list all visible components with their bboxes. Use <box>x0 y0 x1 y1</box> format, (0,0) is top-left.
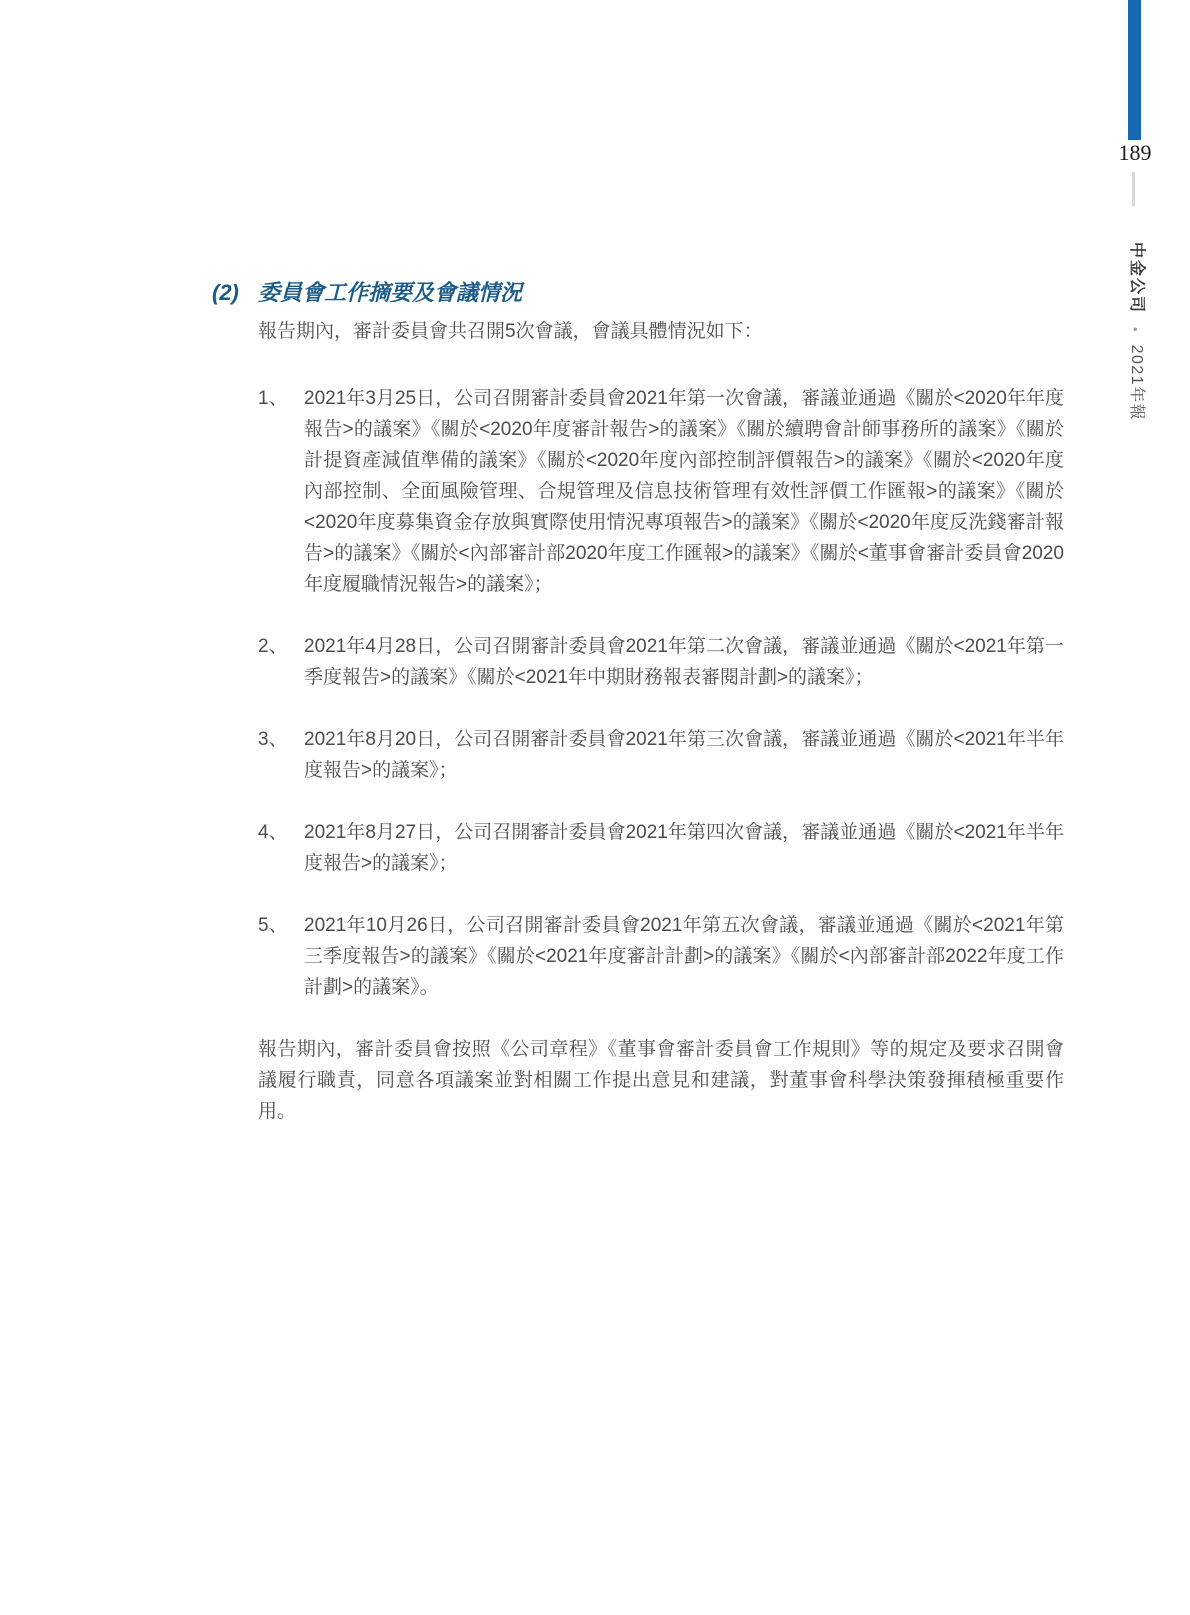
report-page: 189 中金公司 • 2021年報 (2) 委員會工作摘要及會議情況 報告期內，… <box>0 0 1190 1615</box>
meeting-item-4-marker: 4、 <box>258 817 304 879</box>
meeting-item-2-marker: 2、 <box>258 631 304 693</box>
meeting-item-4: 4、 2021年8月27日，公司召開審計委員會2021年第四次會議，審議並通過《… <box>258 817 1064 879</box>
meeting-item-5-text: 2021年10月26日，公司召開審計委員會2021年第五次會議，審議並通過《關於… <box>304 910 1064 1003</box>
sidebar-vertical-caption: 中金公司 • 2021年報 <box>1125 242 1147 421</box>
report-edition: 2021年報 <box>1125 345 1147 422</box>
meeting-item-3-marker: 3、 <box>258 724 304 786</box>
section-body: 報告期內，審計委員會共召開5次會議，會議具體情況如下： 1、 2021年3月25… <box>258 316 1064 1127</box>
intro-paragraph: 報告期內，審計委員會共召開5次會議，會議具體情況如下： <box>258 316 1064 347</box>
meeting-item-1-marker: 1、 <box>258 383 304 600</box>
company-name: 中金公司 <box>1125 242 1147 314</box>
closing-paragraph: 報告期內，審計委員會按照《公司章程》《董事會審計委員會工作規則》等的規定及要求召… <box>258 1034 1064 1127</box>
separator-dot-icon: • <box>1130 327 1143 332</box>
main-content: (2) 委員會工作摘要及會議情況 報告期內，審計委員會共召開5次會議，會議具體情… <box>212 278 1064 1127</box>
meeting-item-2: 2、 2021年4月28日，公司召開審計委員會2021年第二次會議，審議並通過《… <box>258 631 1064 693</box>
meeting-item-1: 1、 2021年3月25日，公司召開審計委員會2021年第一次會議，審議並通過《… <box>258 383 1064 600</box>
section-title: 委員會工作摘要及會議情況 <box>258 278 522 308</box>
meeting-item-5-marker: 5、 <box>258 910 304 1003</box>
meeting-item-3: 3、 2021年8月20日，公司召開審計委員會2021年第三次會議，審議並通過《… <box>258 724 1064 786</box>
page-edge-accent-bar <box>1128 0 1141 140</box>
meeting-item-4-text: 2021年8月27日，公司召開審計委員會2021年第四次會議，審議並通過《關於<… <box>304 817 1064 879</box>
page-number: 189 <box>1105 140 1165 166</box>
meeting-item-5: 5、 2021年10月26日，公司召開審計委員會2021年第五次會議，審議並通過… <box>258 910 1064 1003</box>
meeting-item-1-text: 2021年3月25日，公司召開審計委員會2021年第一次會議，審議並通過《關於<… <box>304 383 1064 600</box>
meeting-item-3-text: 2021年8月20日，公司召開審計委員會2021年第三次會議，審議並通過《關於<… <box>304 724 1064 786</box>
page-number-tick <box>1132 172 1135 206</box>
section-number: (2) <box>212 278 258 308</box>
meeting-item-2-text: 2021年4月28日，公司召開審計委員會2021年第二次會議，審議並通過《關於<… <box>304 631 1064 693</box>
section-heading: (2) 委員會工作摘要及會議情況 <box>212 278 1064 308</box>
